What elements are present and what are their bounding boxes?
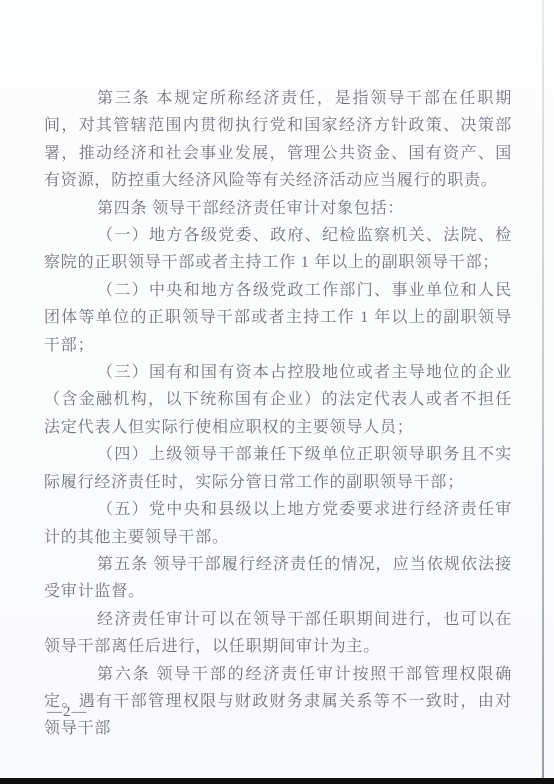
paragraph-article-5: 第五条 领导干部履行经济责任的情况，应当依规依法接受审计监督。	[44, 551, 512, 606]
scan-bottom-band	[0, 778, 554, 784]
paragraph-article-4-item-3: （三）国有和国有资本占控股地位或者主导地位的企业（含金融机构，以下统称国有企业）…	[44, 359, 512, 441]
paragraph-article-4-item-5: （五）党中央和县级以上地方党委要求进行经济责任审计的其他主要领导干部。	[44, 496, 512, 551]
paragraph-article-4-item-1: （一）地方各级党委、政府、纪检监察机关、法院、检察院的正职领导干部或者主持工作 …	[44, 222, 512, 277]
page-number: —2—	[47, 704, 88, 721]
paragraph-article-4-item-2: （二）中央和地方各级党政工作部门、事业单位和人民团体等单位的正职领导干部或者主持…	[44, 277, 512, 359]
scan-page-edge-line	[542, 0, 544, 778]
scanned-document-page: 第三条 本规定所称经济责任，是指领导干部在任职期间，对其管辖范围内贯彻执行党和国…	[0, 0, 554, 784]
paragraph-article-6: 第六条 领导干部的经济责任审计按照干部管理权限确定。遇有干部管理权限与财政财务隶…	[44, 661, 512, 743]
paragraph-article-3: 第三条 本规定所称经济责任，是指领导干部在任职期间，对其管辖范围内贯彻执行党和国…	[44, 85, 512, 195]
paragraph-article-5-continuation: 经济责任审计可以在领导干部任职期间进行，也可以在领导干部离任后进行，以任职期间审…	[44, 606, 512, 661]
paragraph-article-4-lead: 第四条 领导干部经济责任审计对象包括：	[44, 195, 512, 222]
document-body-text: 第三条 本规定所称经济责任，是指领导干部在任职期间，对其管辖范围内贯彻执行党和国…	[44, 85, 512, 743]
paragraph-article-4-item-4: （四）上级领导干部兼任下级单位正职领导职务且不实际履行经济责任时，实际分管日常工…	[44, 441, 512, 496]
